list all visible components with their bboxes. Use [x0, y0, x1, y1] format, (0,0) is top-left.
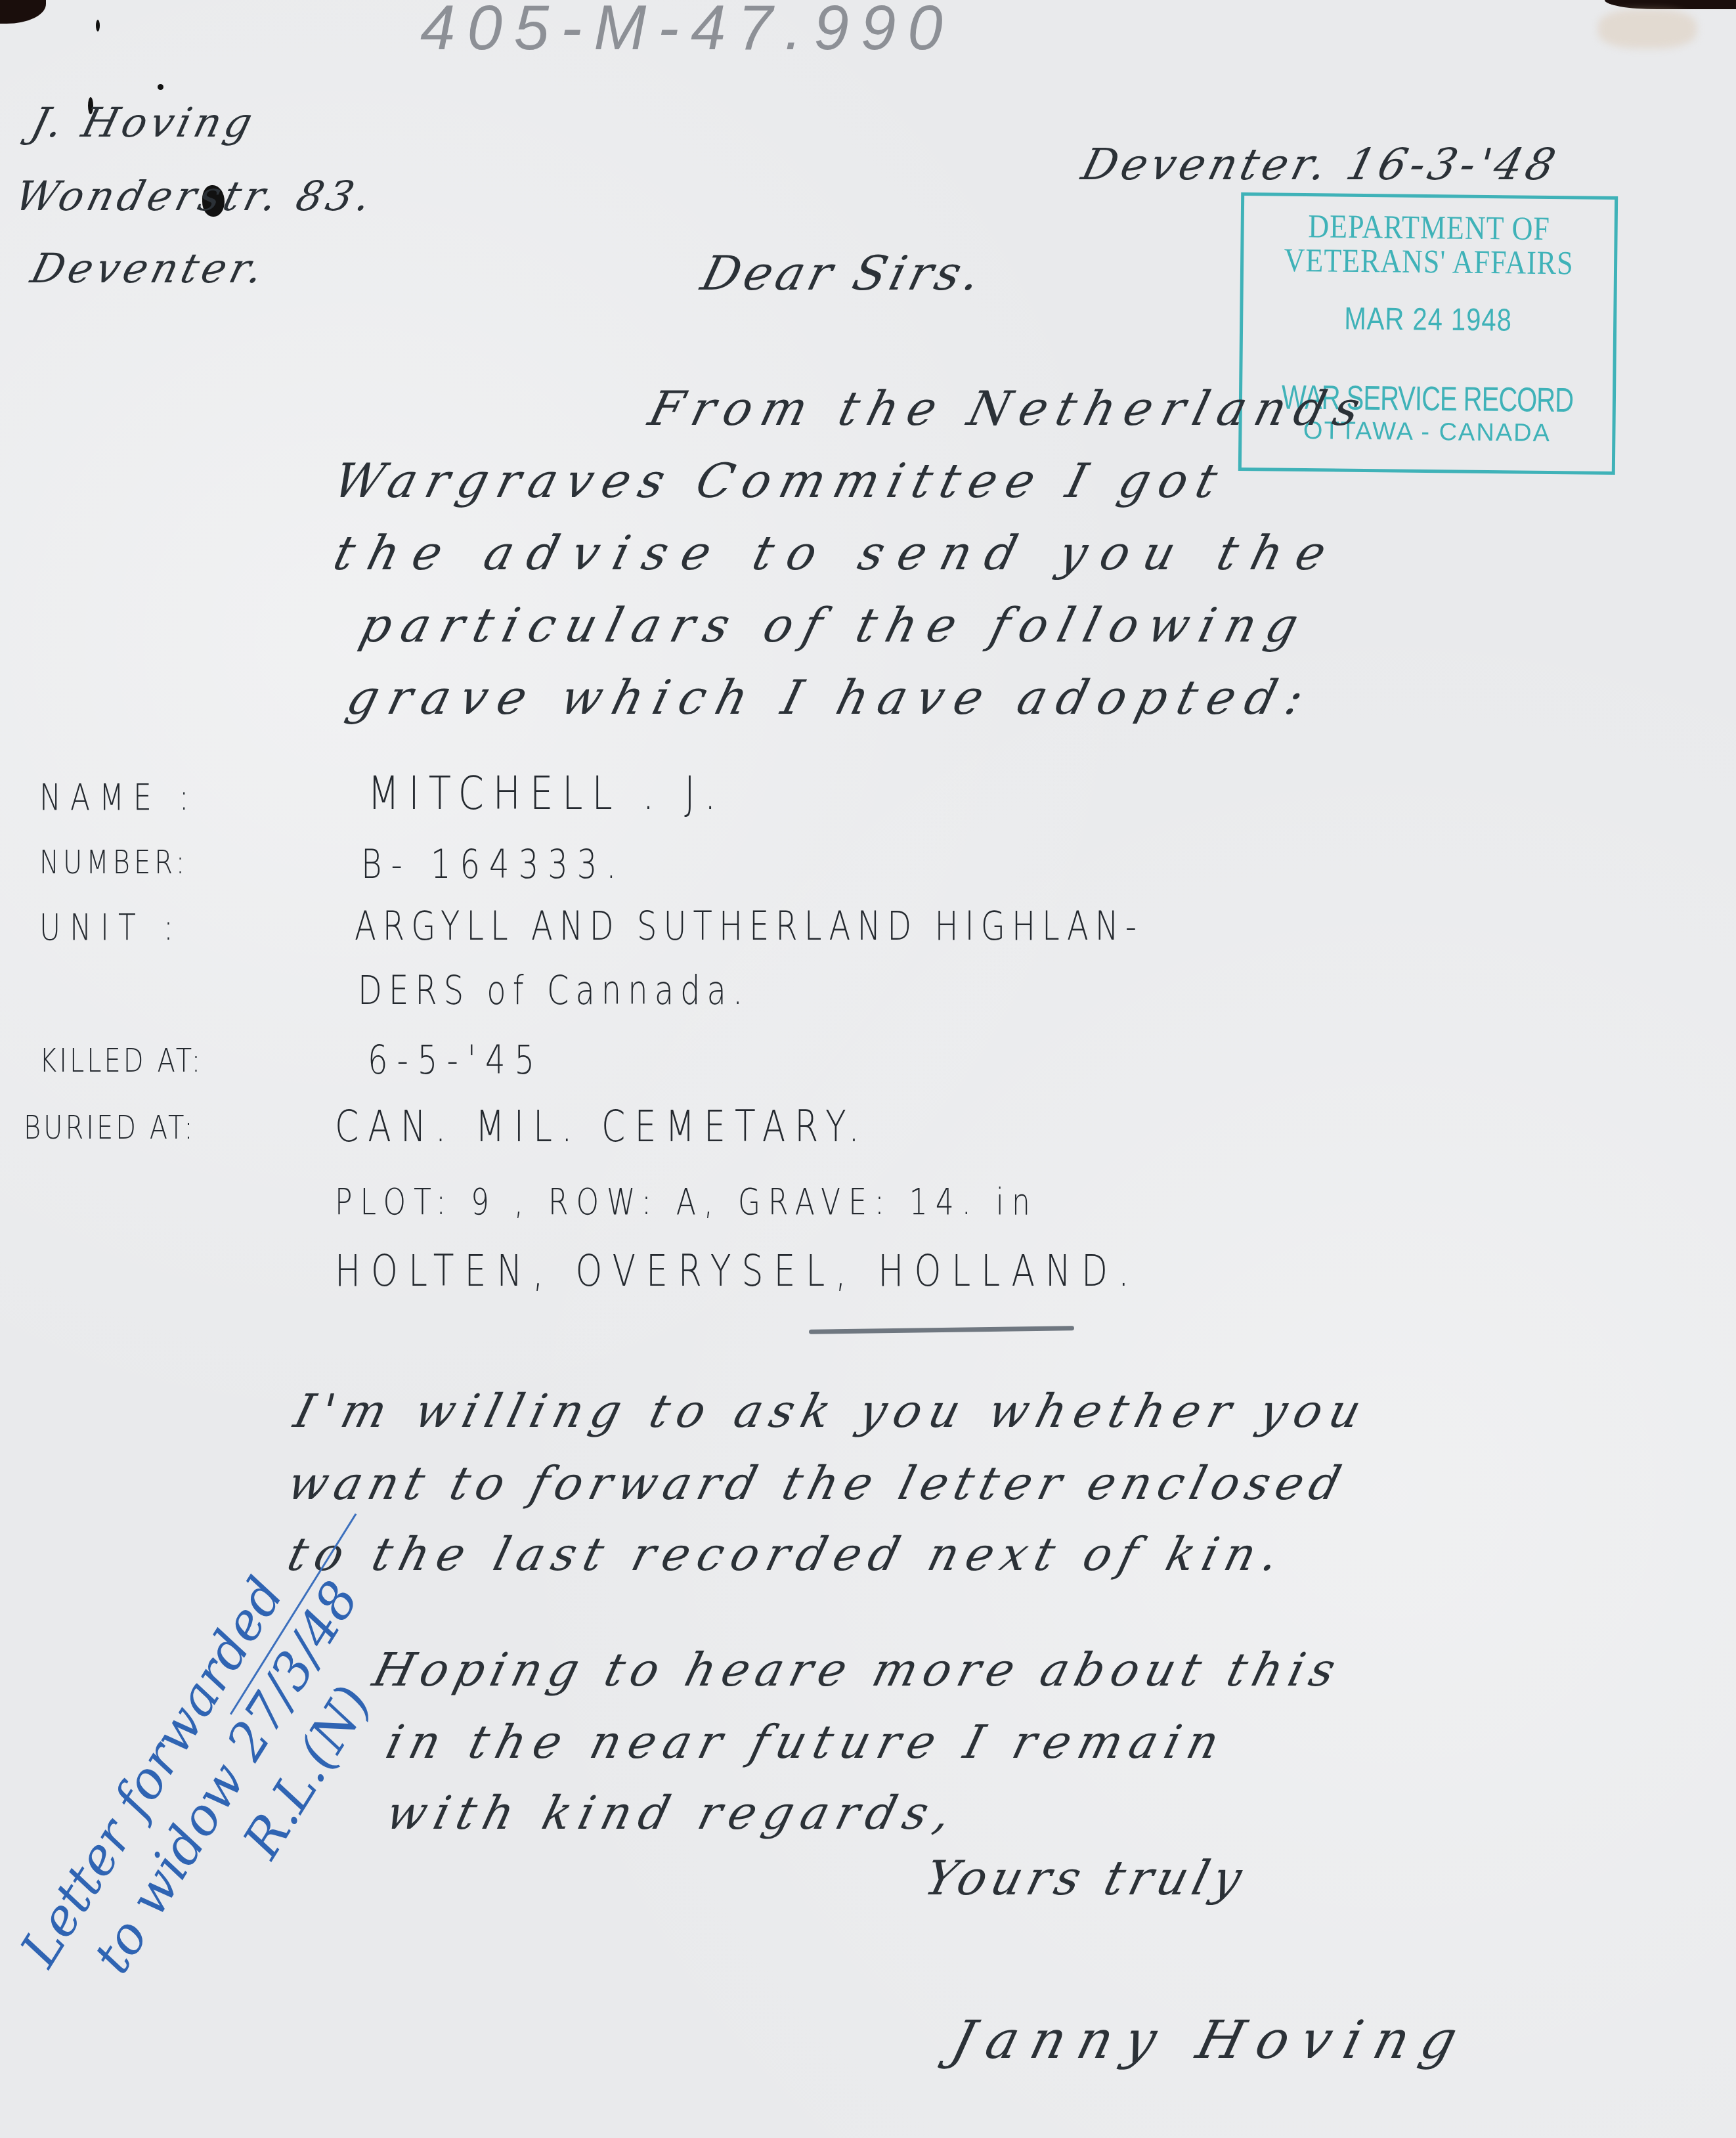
signature: Janny Hoving [945, 2009, 1476, 2070]
particular-value-killed: 6-5-'45 [368, 1037, 544, 1083]
reference-number: 405-M-47.990 [420, 0, 955, 64]
particular-value-unit: ARGYLL AND SUTHERLAND HIGHLAN- [355, 904, 1143, 949]
particular-value-location: HOLTEN, OVERYSEL, HOLLAND. [335, 1247, 1140, 1296]
particular-value-plot: PLOT: 9 , ROW: A, GRAVE: 14. in [335, 1181, 1038, 1223]
request-line: I'm willing to ask you whether you [289, 1384, 1374, 1438]
intro-line: From the Netherlands [643, 381, 1375, 436]
request-line: want to forward the letter enclosed [282, 1456, 1353, 1510]
stamp-veterans-affairs: VETERANS' AFFAIRS [1244, 240, 1615, 284]
place-date: Deventer. 16-3-'48 [1077, 139, 1565, 190]
sender-name: J. Hoving [26, 98, 261, 146]
particular-value-buried: CAN. MIL. CEMETARY. [335, 1102, 869, 1152]
valediction: Yours truly [919, 1850, 1253, 1906]
particular-value-name: MITCHELL . J. [368, 767, 725, 820]
particular-label-killed: KILLED AT: [39, 1042, 203, 1080]
particular-label-number: NUMBER: [39, 844, 188, 882]
paper-stain [1598, 9, 1697, 49]
salutation: Dear Sirs. [696, 246, 990, 301]
margin-annotation: Letter forwarded to widow 27/3/48 R.L.(N… [7, 1535, 429, 2048]
stamp-date: MAR 24 1948 [1243, 301, 1614, 340]
sender-street: Wonderstr. 83. [11, 172, 380, 220]
particular-label-unit: UNIT : [39, 907, 183, 949]
intro-line: the advise to send you the [328, 525, 1346, 580]
torn-corner [0, 0, 46, 24]
particular-value-unit-cont: DERS of Cannada. [358, 968, 749, 1014]
particular-label-name: NAME : [39, 777, 198, 819]
torn-edge [1605, 0, 1736, 9]
request-line: to the last recorded next of kin. [282, 1527, 1292, 1581]
intro-line: particulars of the following [355, 598, 1314, 653]
closing-line: Hoping to heare more about this [368, 1643, 1347, 1697]
closing-line: in the near future I remain [381, 1715, 1232, 1769]
paper-speck [158, 84, 163, 90]
intro-line: grave which I have adopted: [341, 670, 1320, 725]
paper-speck [96, 20, 100, 32]
particular-label-buried: BURIED AT: [24, 1109, 196, 1147]
section-divider [809, 1326, 1074, 1334]
sender-city: Deventer. [26, 244, 272, 292]
particular-value-number: B- 164333. [361, 842, 626, 888]
closing-line: with kind regards, [381, 1786, 965, 1840]
intro-line: Wargraves Committee I got [328, 453, 1232, 508]
